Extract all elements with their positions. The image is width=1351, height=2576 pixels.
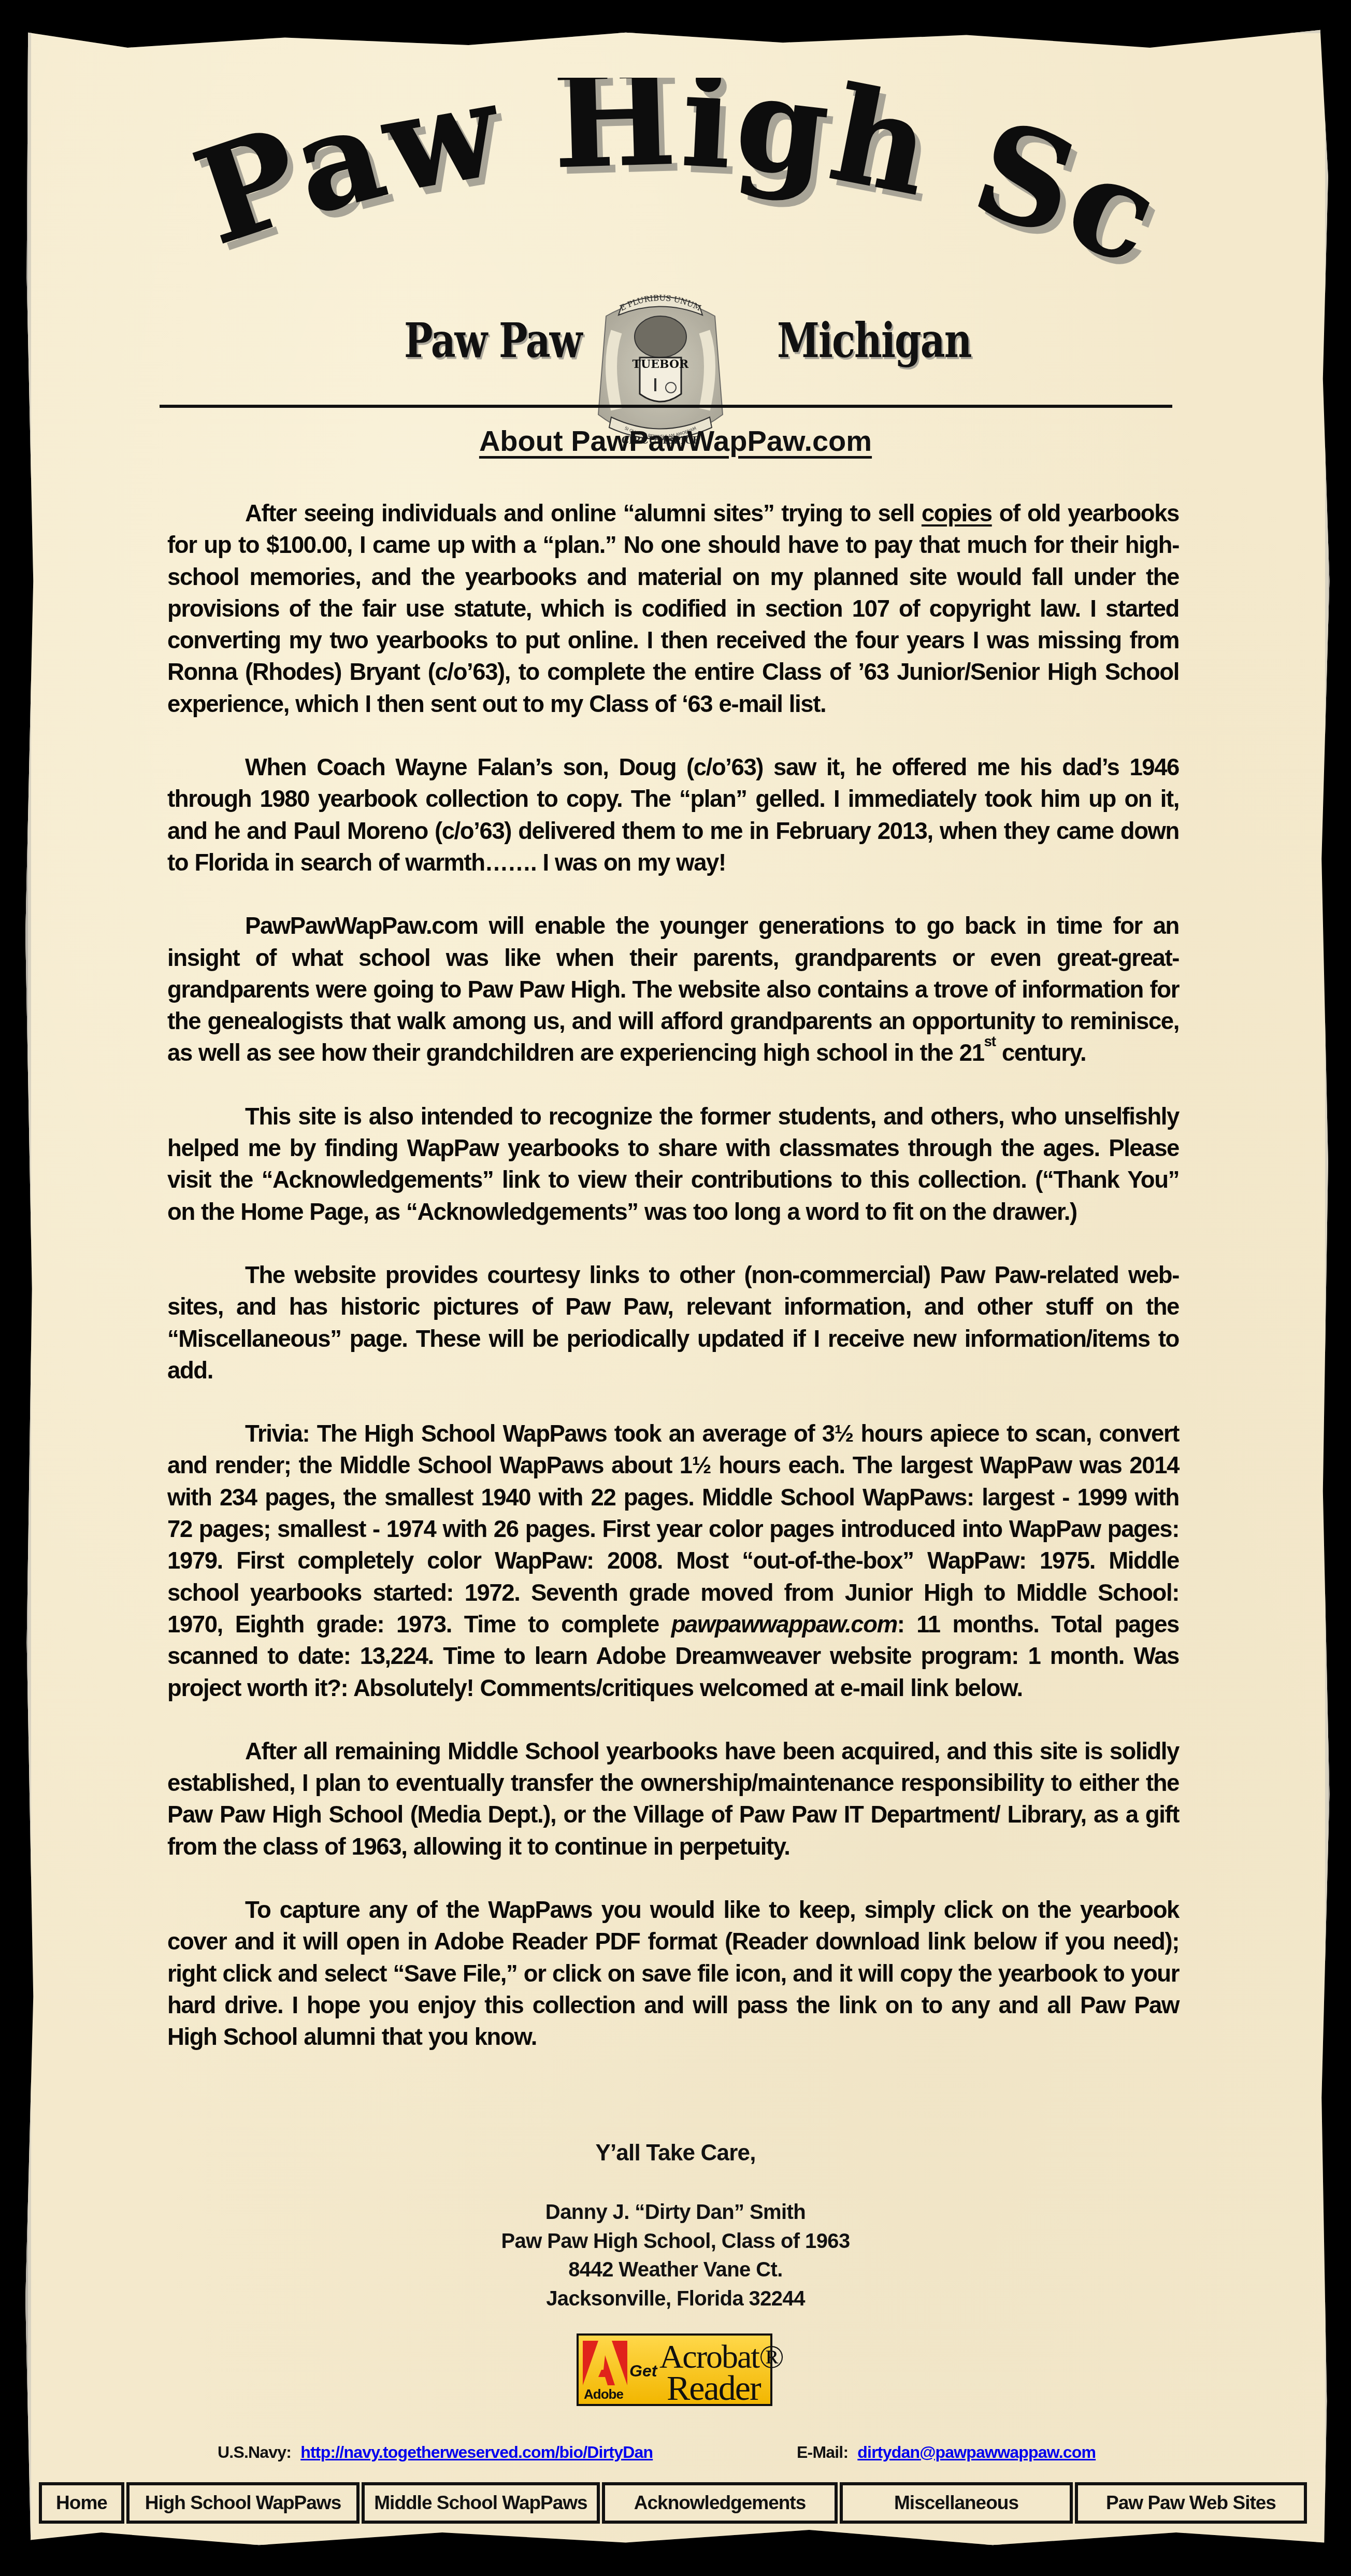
nav-miscellaneous[interactable]: Miscellaneous [840, 2482, 1073, 2524]
nav-acknowledgements[interactable]: Acknowledgements [602, 2482, 838, 2524]
nav-home[interactable]: Home [39, 2482, 124, 2524]
paragraph-intro: After seeing individuals and online “alu… [167, 497, 1179, 720]
paragraph-links: The website provides courtesy links to o… [167, 1259, 1179, 1386]
paragraph-future: After all remaining Middle School yearbo… [167, 1735, 1179, 1862]
get-label: Get [629, 2361, 657, 2381]
header-banner: Paw Paw High School Paw Paw High School … [161, 67, 1176, 399]
email-contact: E-Mail:dirtydan@pawpawwappaw.com [797, 2443, 1096, 2462]
navy-label: U.S.Navy: [218, 2443, 291, 2461]
closing-greeting: Y’all Take Care, [0, 2140, 1351, 2166]
article-body: After seeing individuals and online “alu… [167, 497, 1179, 2053]
header-divider [160, 405, 1172, 408]
svg-text:Paw Paw High School: Paw Paw High School [161, 78, 1176, 295]
reader-label: Reader [667, 2368, 760, 2409]
bottom-navigation: Home High School WapPaws Middle School W… [39, 2482, 1309, 2524]
paragraph-instructions: To capture any of the WapPaws you would … [167, 1894, 1179, 2053]
email-label: E-Mail: [797, 2443, 848, 2461]
school-name-blackletter: Paw Paw High School Paw Paw High School [161, 78, 1176, 295]
paragraph-coach-falan: When Coach Wayne Falan’s son, Doug (c/o’… [167, 751, 1179, 878]
signature-city: Jacksonville, Florida 32244 [0, 2285, 1351, 2314]
signature-street: 8442 Weather Vane Ct. [0, 2256, 1351, 2285]
state-label: Michigan [777, 313, 971, 369]
get-acrobat-reader-button[interactable]: Adobe Get Acrobat® Reader [577, 2333, 772, 2406]
email-link[interactable]: dirtydan@pawpawwappaw.com [857, 2443, 1096, 2461]
nav-paw-paw-web-sites[interactable]: Paw Paw Web Sites [1075, 2482, 1307, 2524]
paragraph-acknowledgements: This site is also intended to recognize … [167, 1101, 1179, 1228]
navy-contact: U.S.Navy:http://navy.togetherweserved.co… [218, 2443, 653, 2462]
signature-name: Danny J. “Dirty Dan” Smith [0, 2198, 1351, 2227]
adobe-logo-icon [583, 2341, 627, 2385]
paragraph-trivia: Trivia: The High School WapPaws took an … [167, 1418, 1179, 1704]
page-title: About PawPawWapPaw.com [0, 424, 1351, 458]
navy-bio-link[interactable]: http://navy.togetherweserved.com/bio/Dir… [300, 2443, 653, 2461]
city-label: Paw Paw [404, 313, 581, 369]
nav-middle-school-wappaws[interactable]: Middle School WapPaws [362, 2482, 600, 2524]
signature-class: Paw Paw High School, Class of 1963 [0, 2227, 1351, 2256]
adobe-label: Adobe [584, 2386, 623, 2402]
signature-block: Danny J. “Dirty Dan” Smith Paw Paw High … [0, 2198, 1351, 2313]
svg-text:TUEBOR: TUEBOR [633, 358, 689, 371]
paragraph-purpose: PawPawWapPaw.com will enable the younger… [167, 910, 1179, 1069]
nav-high-school-wappaws[interactable]: High School WapPaws [126, 2482, 360, 2524]
